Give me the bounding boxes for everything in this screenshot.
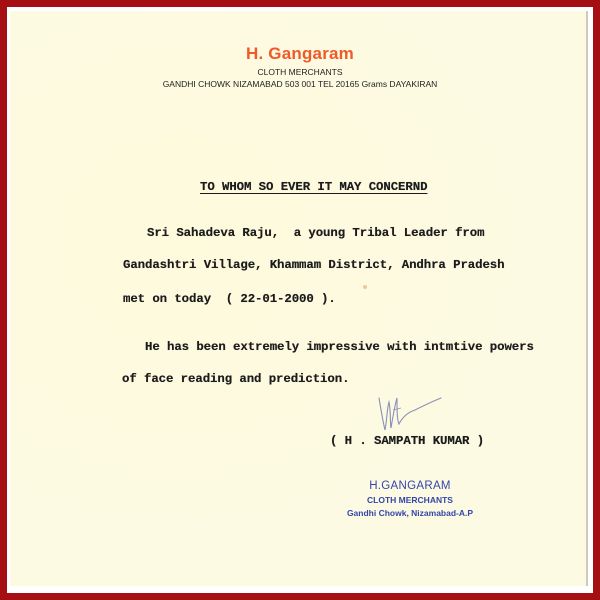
stamp-subtitle: CLOTH MERCHANTS <box>330 495 490 505</box>
stamp-company-name: H.GANGARAM <box>330 480 490 492</box>
letterhead-subtitle: CLOTH MERCHANTS <box>0 67 600 77</box>
letter-line-3: met on today ( 22-01-2000 ). <box>123 292 336 306</box>
company-stamp: H.GANGARAM CLOTH MERCHANTS Gandhi Chowk,… <box>330 480 490 518</box>
handwritten-signature-icon <box>375 390 445 435</box>
letter-line-2: Gandashtri Village, Khammam District, An… <box>123 258 504 272</box>
letter-heading: TO WHOM SO EVER IT MAY CONCERND <box>200 180 427 194</box>
paper-edge <box>586 11 588 586</box>
stamp-address: Gandhi Chowk, Nizamabad-A.P <box>330 508 490 518</box>
letterhead-address: GANDHI CHOWK NIZAMABAD 503 001 TEL 20165… <box>0 79 600 89</box>
letter-line-4: He has been extremely impressive with in… <box>145 340 534 354</box>
signer-name: ( H . SAMPATH KUMAR ) <box>330 434 484 448</box>
paper-stain <box>363 285 367 289</box>
letter-line-1: Sri Sahadeva Raju, a young Tribal Leader… <box>147 226 484 240</box>
letterhead-company-name: H. Gangaram <box>0 44 600 64</box>
letter-line-5: of face reading and prediction. <box>122 372 349 386</box>
